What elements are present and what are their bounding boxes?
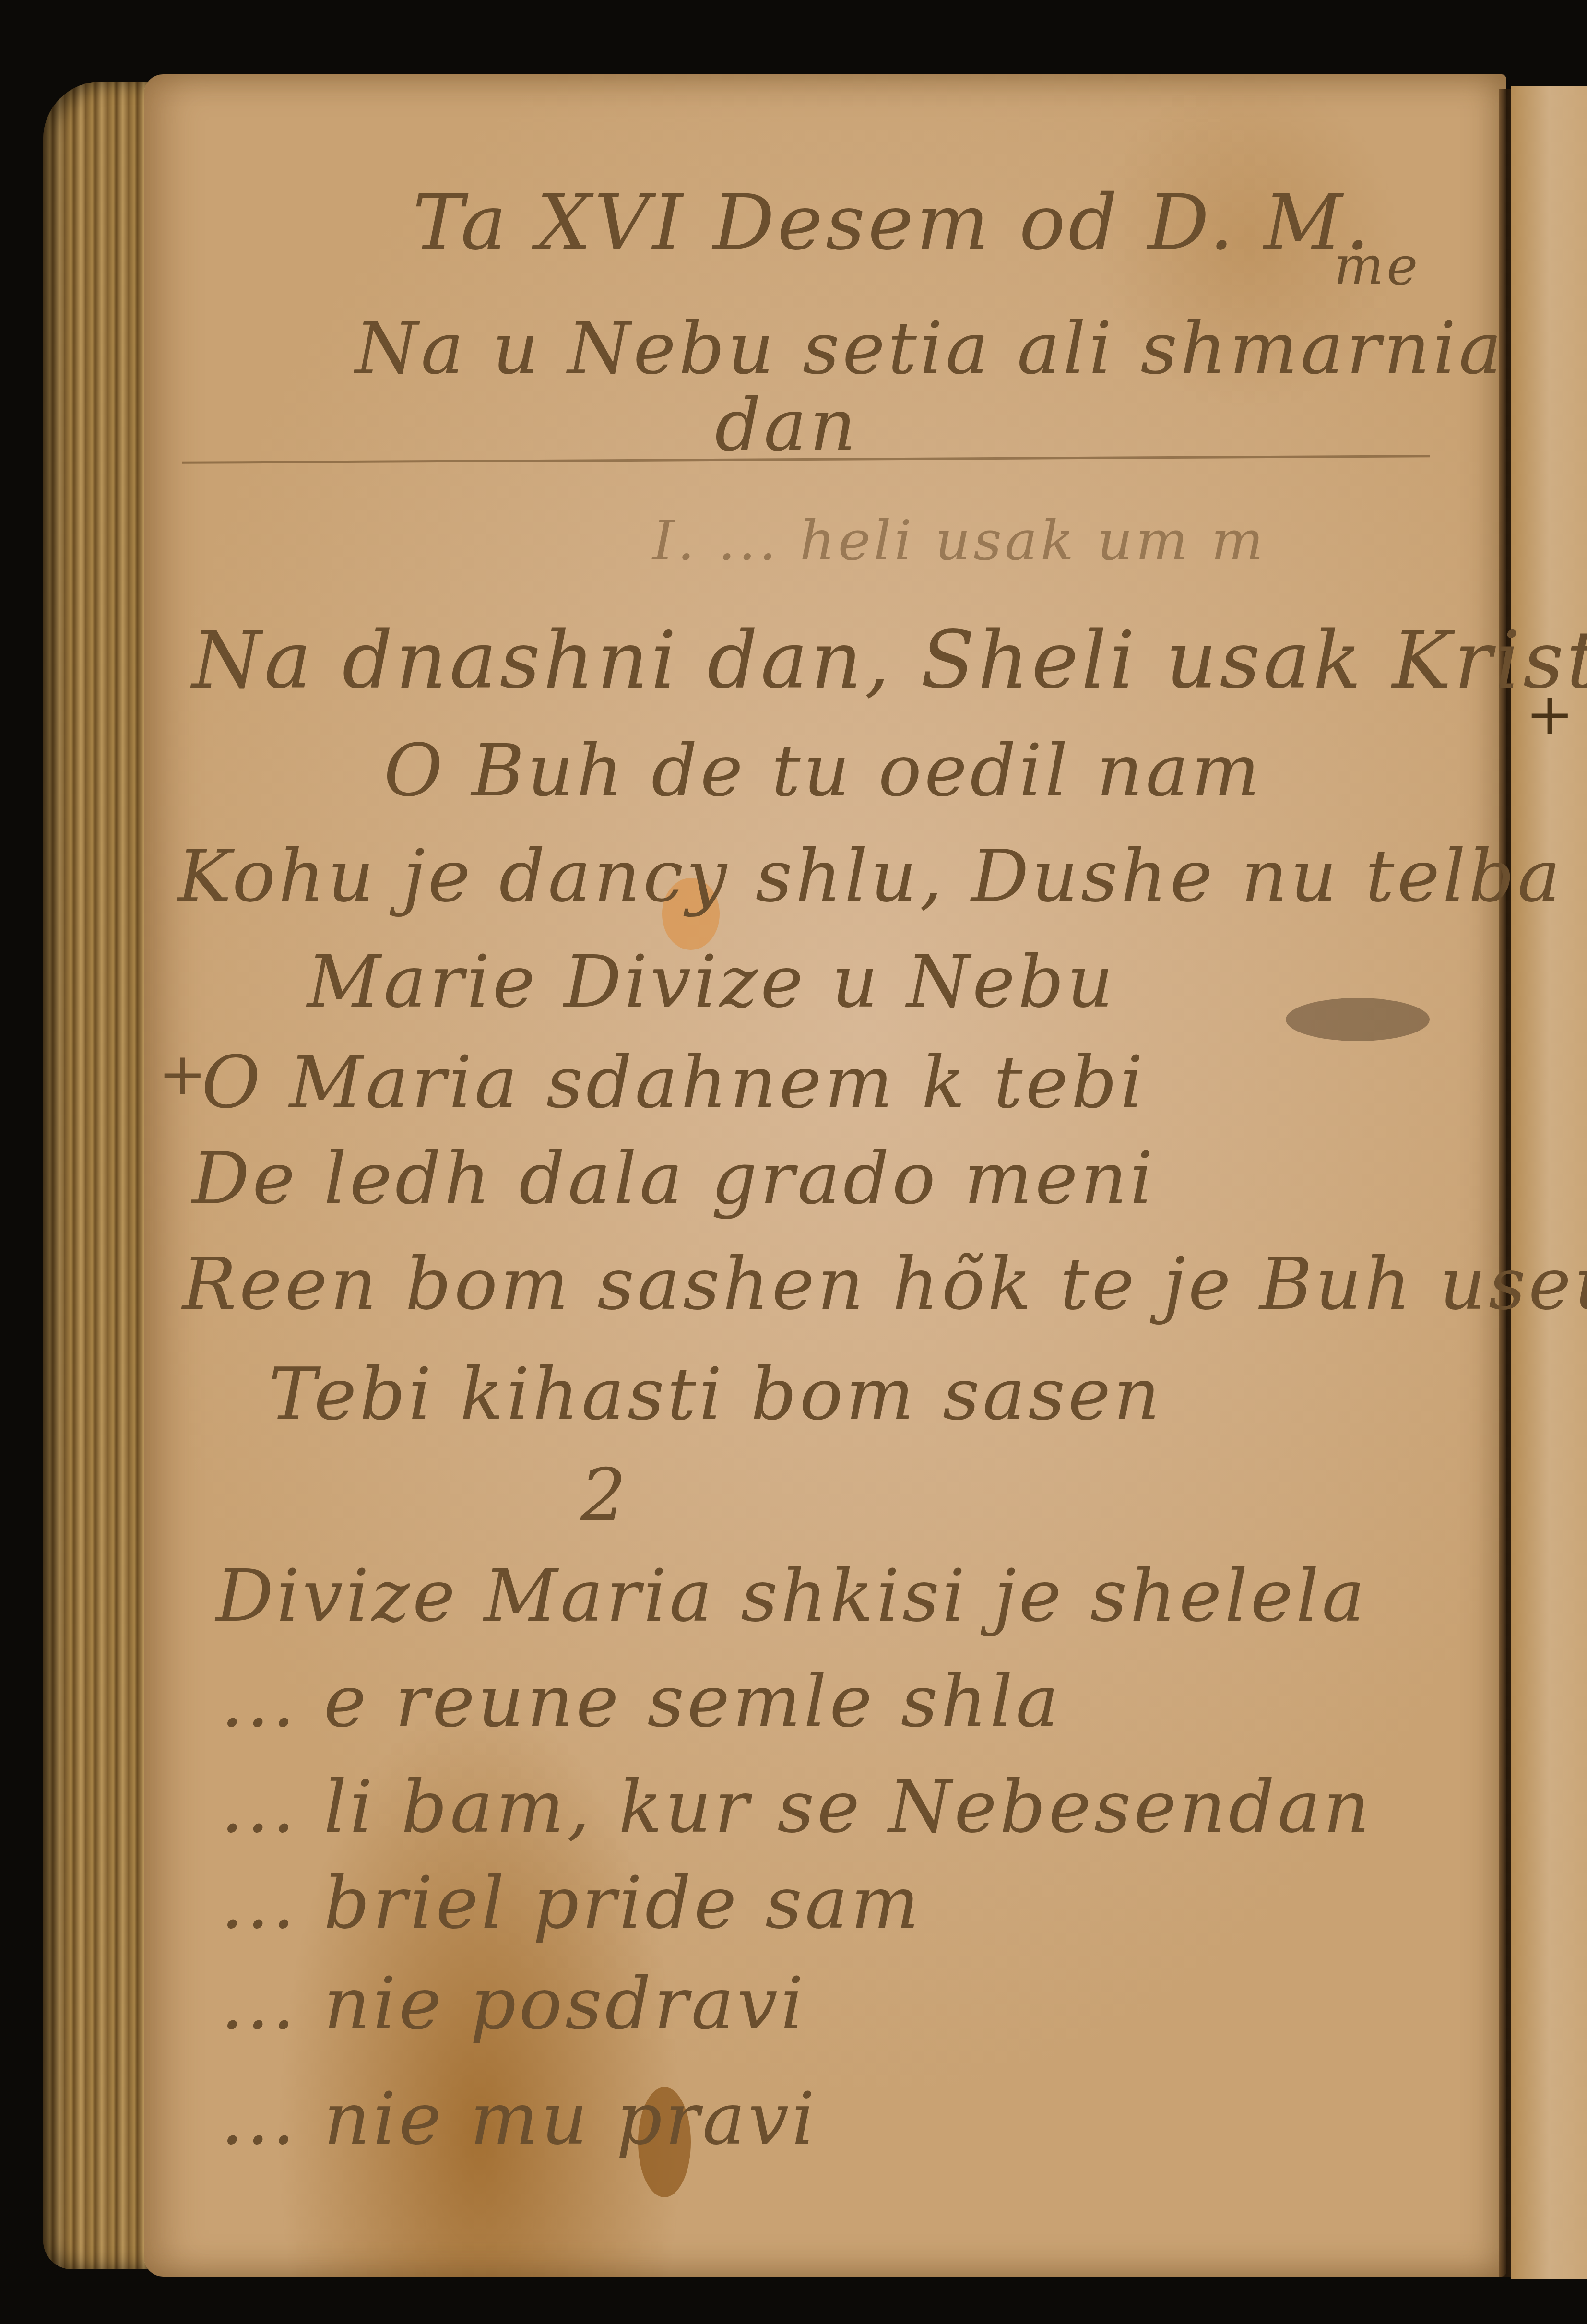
verse-2-line-4: ... briel pride sam (221, 1862, 922, 1945)
verse-2-line-6: ... nie mu pravi (221, 2077, 817, 2161)
verse-1-line-5: O Maria sdahnem k tebi (201, 1041, 1146, 1125)
verse-1-line-4: Marie Divize u Nebu (307, 940, 1116, 1024)
verse-2-line-2: ... e reune semle shla (221, 1660, 1062, 1743)
verse-1-line-6: De ledh dala grado meni (192, 1137, 1156, 1221)
verse-2-line-3: ... li bam, kur se Nebesendan (221, 1766, 1373, 1849)
heading-note: me (1334, 235, 1421, 296)
adjacent-page (1511, 86, 1587, 2279)
verse-1-line-1: Na dnashni dan, Sheli usak Kristian (192, 614, 1587, 706)
verse-1-line-8: Tebi kihasti bom sasen (269, 1353, 1163, 1436)
ink-smudge (1286, 998, 1430, 1041)
verse-2-line-1: Divize Maria shkisi je shelela (216, 1554, 1368, 1638)
verse-1-line-2: O Buh de tu oedil nam (384, 729, 1263, 813)
heading-line-2: Na u Nebu setia ali shmarnia (355, 307, 1504, 391)
interlinear-note: I. ... heli usak um m (652, 509, 1267, 573)
verse-1-line-7: Reen bom sashen hõk te je Buh useu (182, 1243, 1587, 1326)
manuscript-photo: Ta XVI Desem od D. M. me Na u Nebu setia… (0, 0, 1587, 2324)
verse-2-number: 2 (580, 1454, 629, 1537)
adjacent-page-cross: + (1526, 681, 1577, 748)
verse-2-line-5: ... nie posdravi (221, 1962, 806, 2046)
heading-line-1: Ta XVI Desem od D. M. (413, 178, 1373, 267)
heading-line-3: dan (715, 384, 859, 467)
verse-1-line-3: Kohu je dancy shlu, Dushe nu telba (178, 835, 1563, 918)
